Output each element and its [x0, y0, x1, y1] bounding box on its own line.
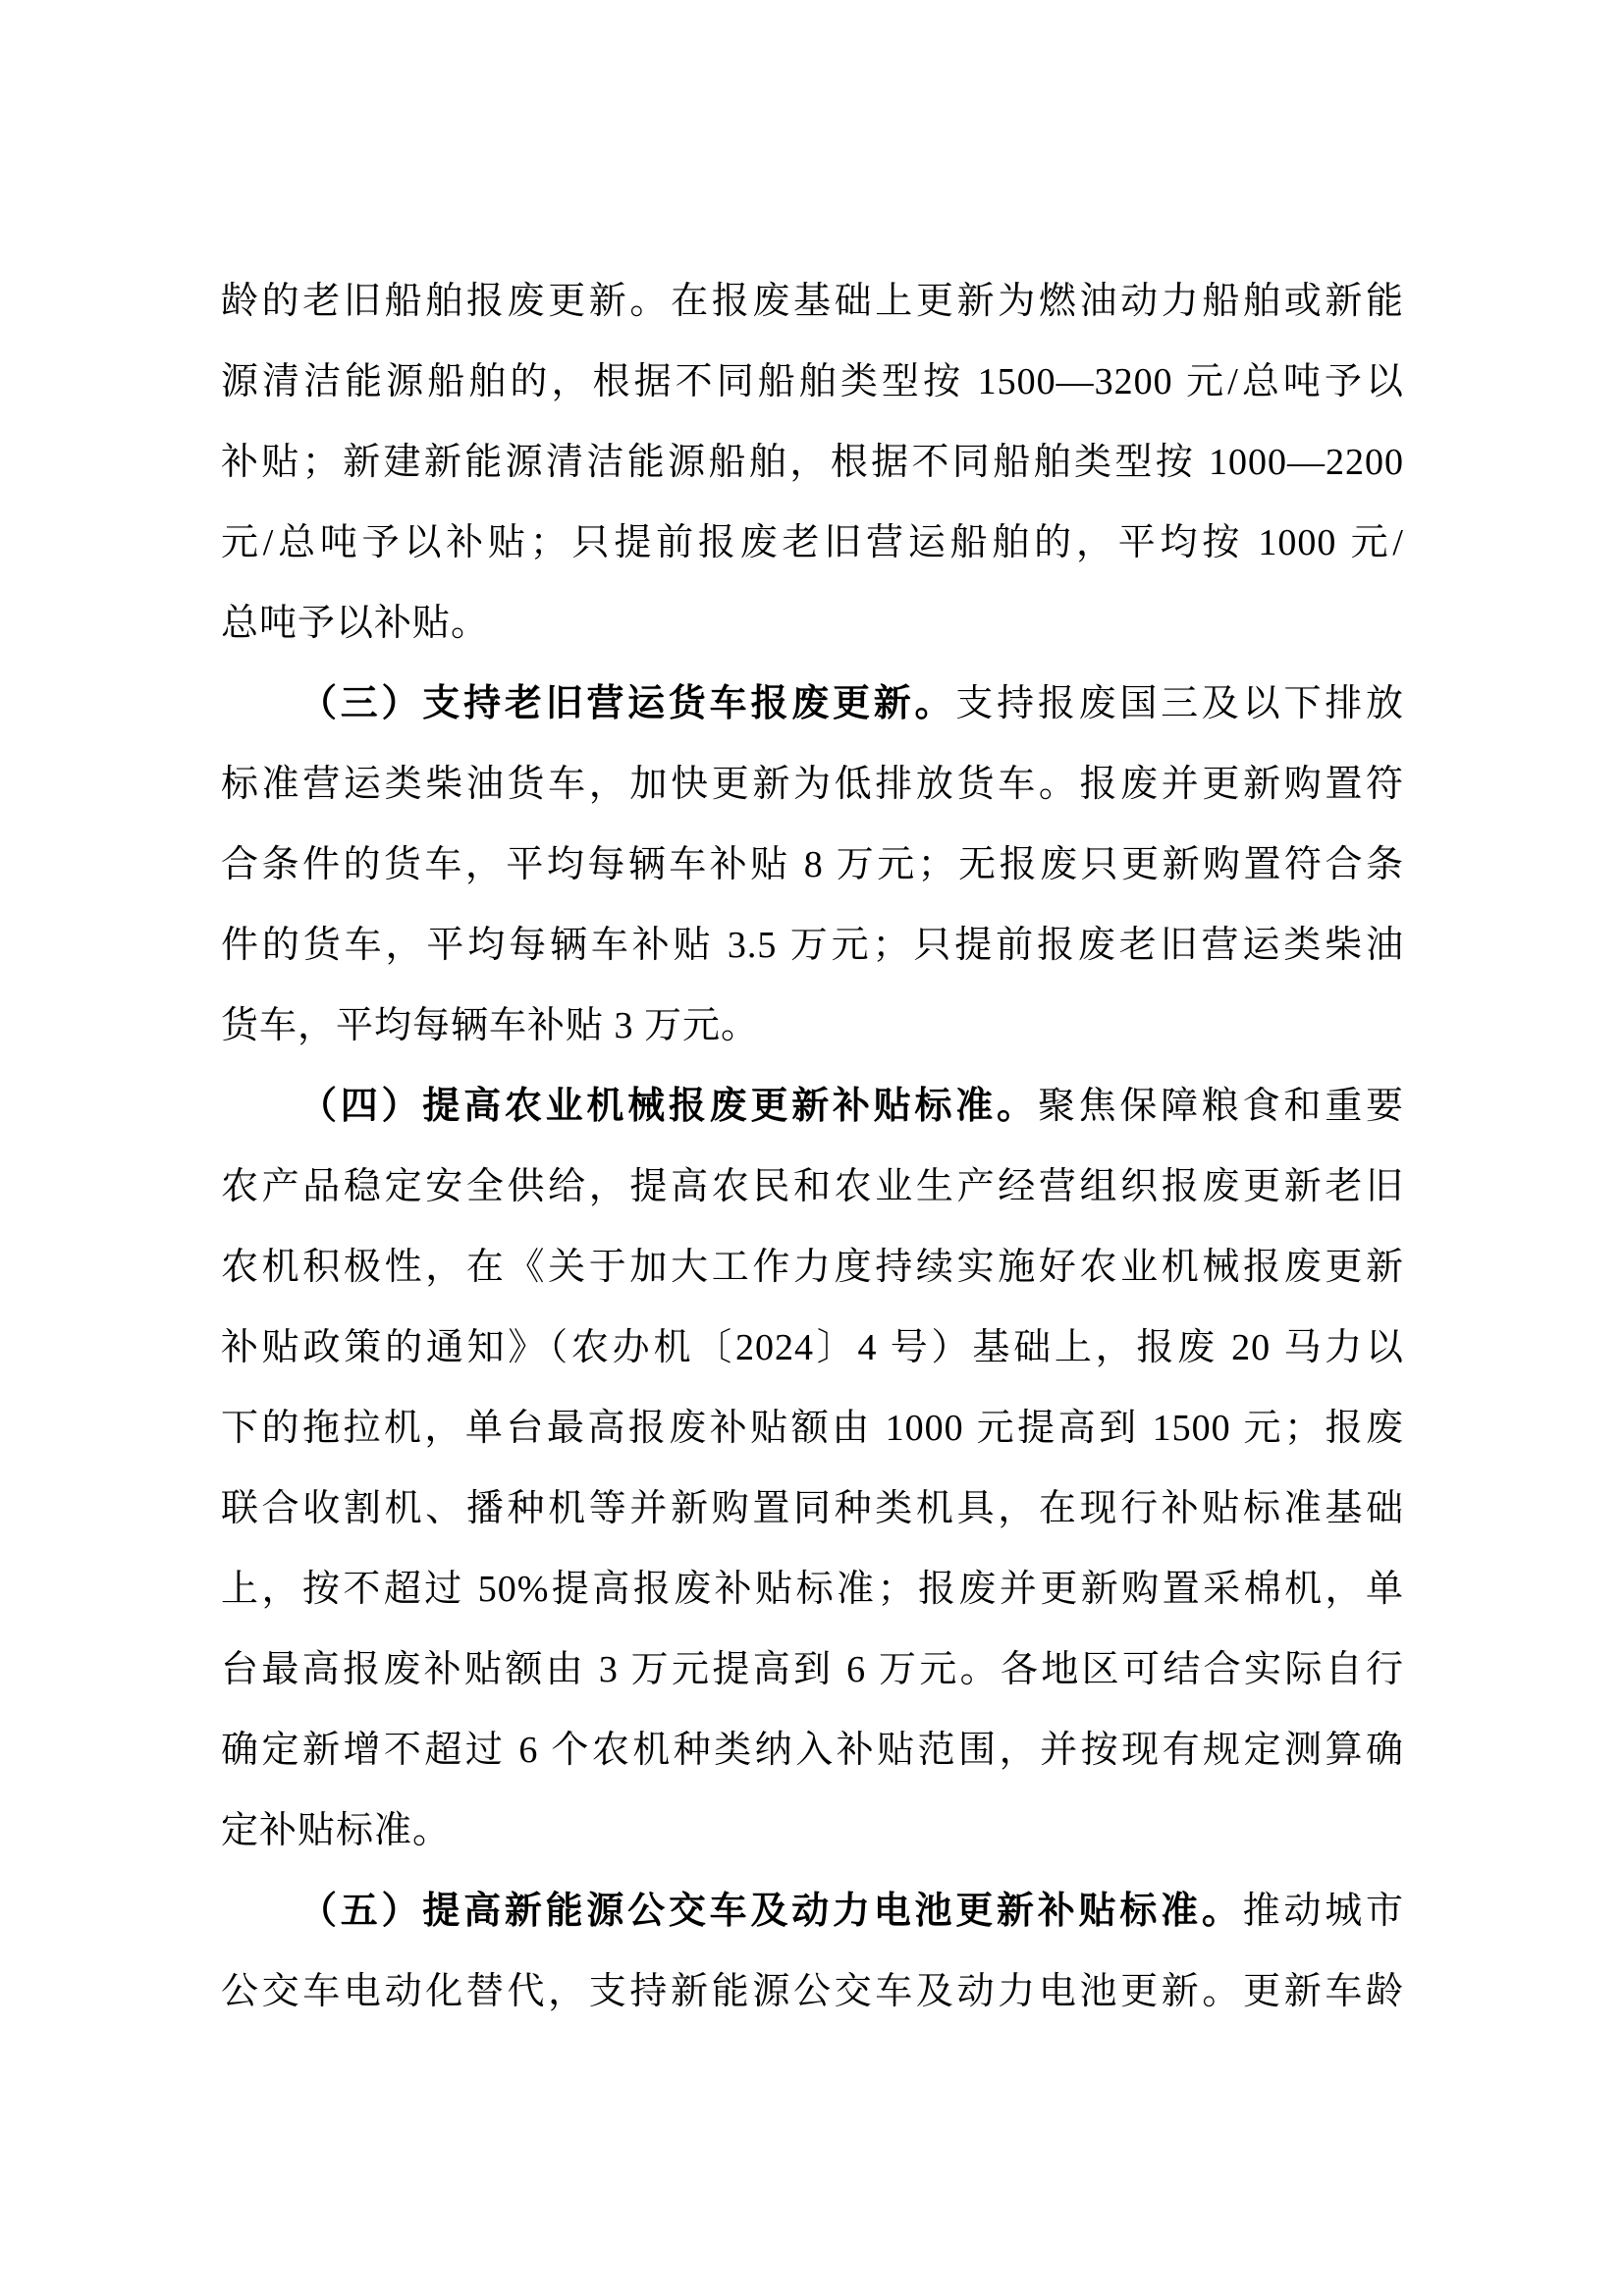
text-segment: 聚焦保障粮食和重要: [1038, 1086, 1404, 1127]
text-line: （三）支持老旧营运货车报废更新。支持报废国三及以下排放: [221, 664, 1404, 744]
text-line: 龄的老旧船舶报废更新。在报废基础上更新为燃油动力船舶或新能: [221, 261, 1404, 342]
text-line: 下的拖拉机，单台最高报废补贴额由 1000 元提高到 1500 元；报废: [221, 1388, 1404, 1468]
para-item-5-new-energy-buses: （五）提高新能源公交车及动力电池更新补贴标准。推动城市公交车电动化替代，支持新能…: [221, 1871, 1404, 2032]
text-line: 补贴政策的通知》（农办机〔2024〕4 号）基础上，报废 20 马力以: [221, 1308, 1404, 1388]
text-line: 确定新增不超过 6 个农机种类纳入补贴范围，并按现有规定测算确: [221, 1710, 1404, 1790]
text-segment: 合条件的货车，平均每辆车补贴 8 万元；无报废只更新购置符合条: [221, 844, 1404, 885]
text-segment: 总吨予以补贴。: [221, 603, 489, 644]
text-segment: 定补贴标准。: [221, 1810, 451, 1851]
para-item-4-agricultural-machinery: （四）提高农业机械报废更新补贴标准。聚焦保障粮食和重要农产品稳定安全供给，提高农…: [221, 1066, 1404, 1871]
text-segment: 公交车电动化替代，支持新能源公交车及动力电池更新。更新车龄: [221, 1971, 1404, 2012]
text-segment: 补贴政策的通知》（农办机〔2024〕4 号）基础上，报废 20 马力以: [221, 1327, 1404, 1368]
text-segment: 确定新增不超过 6 个农机种类纳入补贴范围，并按现有规定测算确: [221, 1730, 1404, 1771]
text-segment: 台最高报废补贴额由 3 万元提高到 6 万元。各地区可结合实际自行: [221, 1649, 1404, 1690]
text-segment: 件的货车，平均每辆车补贴 3.5 万元；只提前报废老旧营运类柴油: [221, 925, 1404, 966]
text-segment: 农产品稳定安全供给，提高农民和农业生产经营组织报废更新老旧: [221, 1166, 1404, 1207]
text-segment: 上，按不超过 50%提高报废补贴标准；报废并更新购置采棉机，单: [221, 1569, 1404, 1610]
text-line: 联合收割机、播种机等并新购置同种类机具，在现行补贴标准基础: [221, 1468, 1404, 1549]
text-segment: 推动城市: [1243, 1891, 1404, 1932]
text-line: 元/总吨予以补贴；只提前报废老旧营运船舶的，平均按 1000 元/: [221, 503, 1404, 583]
text-segment: 支持报废国三及以下排放: [955, 683, 1404, 724]
text-line: 件的货车，平均每辆车补贴 3.5 万元；只提前报废老旧营运类柴油: [221, 905, 1404, 986]
text-line: 货车，平均每辆车补贴 3 万元。: [221, 986, 1404, 1066]
text-line: 公交车电动化替代，支持新能源公交车及动力电池更新。更新车龄: [221, 1951, 1404, 2032]
section-heading-lead: （三）支持老旧营运货车报废更新。: [299, 683, 955, 724]
text-line: 合条件的货车，平均每辆车补贴 8 万元；无报废只更新购置符合条: [221, 825, 1404, 905]
para-item-3-old-freight-trucks: （三）支持老旧营运货车报废更新。支持报废国三及以下排放标准营运类柴油货车，加快更…: [221, 664, 1404, 1066]
text-segment: 补贴；新建新能源清洁能源船舶，根据不同船舶类型按 1000—2200: [221, 442, 1404, 483]
text-line: 台最高报废补贴额由 3 万元提高到 6 万元。各地区可结合实际自行: [221, 1629, 1404, 1710]
text-line: （四）提高农业机械报废更新补贴标准。聚焦保障粮食和重要: [221, 1066, 1404, 1147]
text-segment: 龄的老旧船舶报废更新。在报废基础上更新为燃油动力船舶或新能: [221, 281, 1404, 322]
text-line: 定补贴标准。: [221, 1790, 1404, 1871]
text-line: 农机积极性，在《关于加大工作力度持续实施好农业机械报废更新: [221, 1227, 1404, 1308]
text-segment: 元/总吨予以补贴；只提前报废老旧营运船舶的，平均按 1000 元/: [221, 522, 1404, 563]
text-segment: 源清洁能源船舶的，根据不同船舶类型按 1500—3200 元/总吨予以: [221, 361, 1404, 402]
text-line: 上，按不超过 50%提高报废补贴标准；报废并更新购置采棉机，单: [221, 1549, 1404, 1629]
text-line: 标准营运类柴油货车，加快更新为低排放货车。报废并更新购置符: [221, 744, 1404, 825]
text-line: 补贴；新建新能源清洁能源船舶，根据不同船舶类型按 1000—2200: [221, 422, 1404, 503]
text-segment: 标准营运类柴油货车，加快更新为低排放货车。报废并更新购置符: [221, 764, 1404, 805]
text-segment: 农机积极性，在《关于加大工作力度持续实施好农业机械报废更新: [221, 1247, 1404, 1288]
section-heading-lead: （四）提高农业机械报废更新补贴标准。: [299, 1086, 1038, 1127]
document-body: 龄的老旧船舶报废更新。在报废基础上更新为燃油动力船舶或新能源清洁能源船舶的，根据…: [221, 261, 1404, 2032]
text-segment: 货车，平均每辆车补贴 3 万元。: [221, 1005, 759, 1046]
text-line: 源清洁能源船舶的，根据不同船舶类型按 1500—3200 元/总吨予以: [221, 342, 1404, 422]
text-segment: 下的拖拉机，单台最高报废补贴额由 1000 元提高到 1500 元；报废: [221, 1408, 1404, 1449]
text-line: （五）提高新能源公交车及动力电池更新补贴标准。推动城市: [221, 1871, 1404, 1951]
document-page: 龄的老旧船舶报废更新。在报废基础上更新为燃油动力船舶或新能源清洁能源船舶的，根据…: [0, 0, 1624, 2296]
text-line: 农产品稳定安全供给，提高农民和农业生产经营组织报废更新老旧: [221, 1147, 1404, 1227]
para-ship-scrappage-continued: 龄的老旧船舶报废更新。在报废基础上更新为燃油动力船舶或新能源清洁能源船舶的，根据…: [221, 261, 1404, 664]
text-segment: 联合收割机、播种机等并新购置同种类机具，在现行补贴标准基础: [221, 1488, 1404, 1529]
text-line: 总吨予以补贴。: [221, 583, 1404, 664]
section-heading-lead: （五）提高新能源公交车及动力电池更新补贴标准。: [299, 1891, 1243, 1932]
